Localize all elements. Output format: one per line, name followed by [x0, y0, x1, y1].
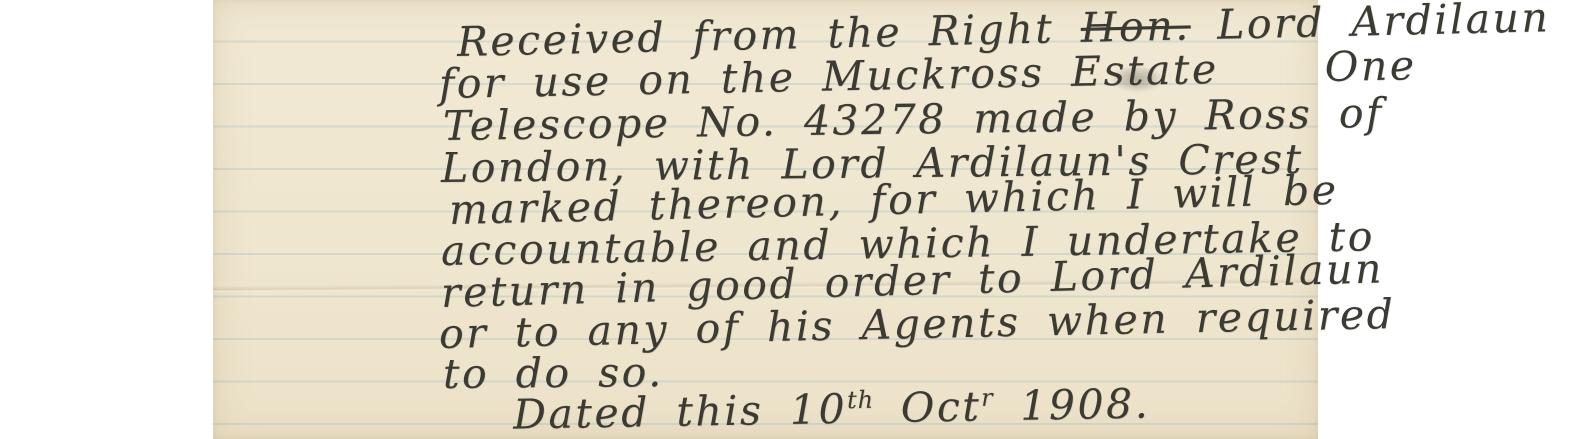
- receipt-paper: Received from the Right Hon. Lord Ardila…: [213, 0, 1318, 439]
- date-superscript-th: th: [847, 386, 875, 414]
- receipt-line-10-date: Dated this 10th Octr 1908.: [513, 373, 1151, 437]
- struck-word: Hon.: [1080, 1, 1191, 51]
- page-background: Received from the Right Hon. Lord Ardila…: [0, 0, 1582, 439]
- date-pre: Dated this 10: [513, 385, 848, 439]
- date-year: 1908.: [993, 380, 1150, 431]
- date-superscript-r: r: [981, 384, 994, 412]
- date-month: Oct: [874, 382, 982, 432]
